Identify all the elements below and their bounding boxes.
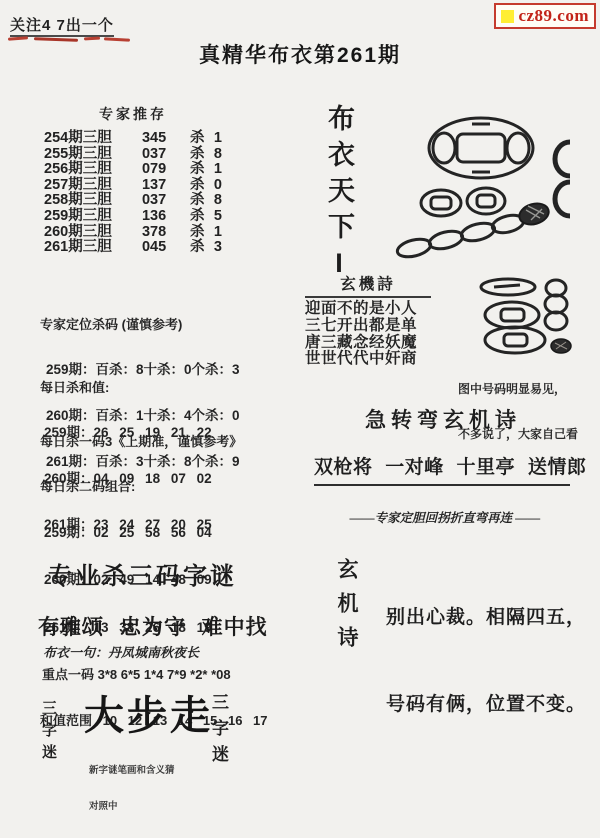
xuanji-title: 玄機詩	[305, 272, 431, 298]
daily-sum-header: 每日杀和值:	[40, 380, 212, 395]
expert-recommend-list: 专家推存 254期三胆345杀1 255期三胆037杀8 256期三胆079杀1…	[44, 104, 222, 256]
kill-three-verse: 有雅颂 忠为守 难中找	[38, 611, 268, 641]
riddle-side-label-right: 三字迷	[206, 693, 231, 771]
sharp-turn-verse: 双枪将 一对峰 十里亭 送情郎	[314, 452, 570, 486]
site-badge-text: cz89.com	[518, 6, 589, 26]
table-row: 258期三胆037杀8	[44, 193, 222, 209]
site-badge: cz89.com	[494, 3, 596, 29]
combo-header: 每日杀二码组合:	[40, 479, 268, 494]
table-row: 254期三胆345杀1	[44, 131, 222, 147]
xuanji-line: 三七开出都是单	[305, 318, 431, 335]
yellow-square-icon	[501, 10, 514, 23]
coins-caption-line: 图中号码明显易见，	[458, 382, 578, 397]
table-row: 255期三胆037杀8	[44, 147, 222, 163]
top-note-text: 关注4 7出一个	[10, 17, 114, 37]
table-row: 261期三胆045杀3	[44, 240, 222, 256]
coins-drawing	[468, 276, 574, 358]
table-row: 256期三胆079杀1	[44, 162, 222, 178]
page-title: 真精华布衣第261期	[0, 39, 600, 69]
xuanji-poem-block: 玄機詩 迎面不的是小人 三七开出都是单 唐三藏念经妖魔 世世代代中奸商	[305, 272, 431, 368]
top-note: 关注4 7出一个	[10, 14, 114, 35]
expert-recommend-header: 专家推存	[44, 104, 222, 124]
sharp-turn-title: 急转弯玄机诗	[318, 404, 568, 434]
riddle-footnote: 新字谜笔画和含义猜 对照中	[89, 741, 175, 837]
bottom-xuanji-vertical-title: 玄机诗	[331, 558, 361, 660]
buyi-sheet: 关注4 7出一个 cz89.com 真精华布衣第261期 专家推存 254期三胆…	[0, 0, 600, 838]
xuanji-line: 世世代代中奸商	[305, 351, 431, 368]
bottom-xuanji-line: 号码有俩，位置不变。	[386, 690, 586, 719]
ingot-chain-drawing	[386, 106, 578, 262]
riddle-side-label-left: 三字迷	[38, 700, 59, 766]
riddle-answer: 大步走	[84, 684, 213, 741]
combo-line: 259期：02 25 58 56 04	[40, 525, 268, 542]
key-code-line: 重点一码 3*8 6*5 1*4 7*9 *2* *08	[40, 667, 268, 682]
xuanji-line: 迎面不的是小人	[305, 301, 431, 318]
kill-position-header: 专家定位杀码 (谨慎参考)	[40, 317, 240, 332]
kill-three-title: 专业杀三码字谜	[48, 556, 237, 591]
table-row: 260期三胆378杀1	[44, 225, 222, 241]
riddle-footnote-line: 对照中	[89, 801, 175, 813]
xuanji-line: 唐三藏念经妖魔	[305, 335, 431, 352]
daily-one-line: 每日杀一码3《上期准，谨慎参考》	[40, 434, 268, 449]
riddle-footnote-line: 新字谜笔画和含义猜	[89, 765, 175, 777]
sharp-turn-note: ——专家定胆回拐折直弯再连 ——	[320, 508, 570, 526]
bottom-xuanji-line: 别出心裁。相隔四五，	[386, 603, 586, 632]
table-row: 259期三胆136杀5	[44, 209, 222, 225]
buyi-vertical-title: 布衣天下I	[320, 104, 359, 287]
bottom-xuanji-lines: 别出心裁。相隔四五， 号码有俩，位置不变。	[386, 545, 586, 777]
buyi-sentence: 布衣一句：丹凤城南秋夜长	[43, 642, 199, 661]
